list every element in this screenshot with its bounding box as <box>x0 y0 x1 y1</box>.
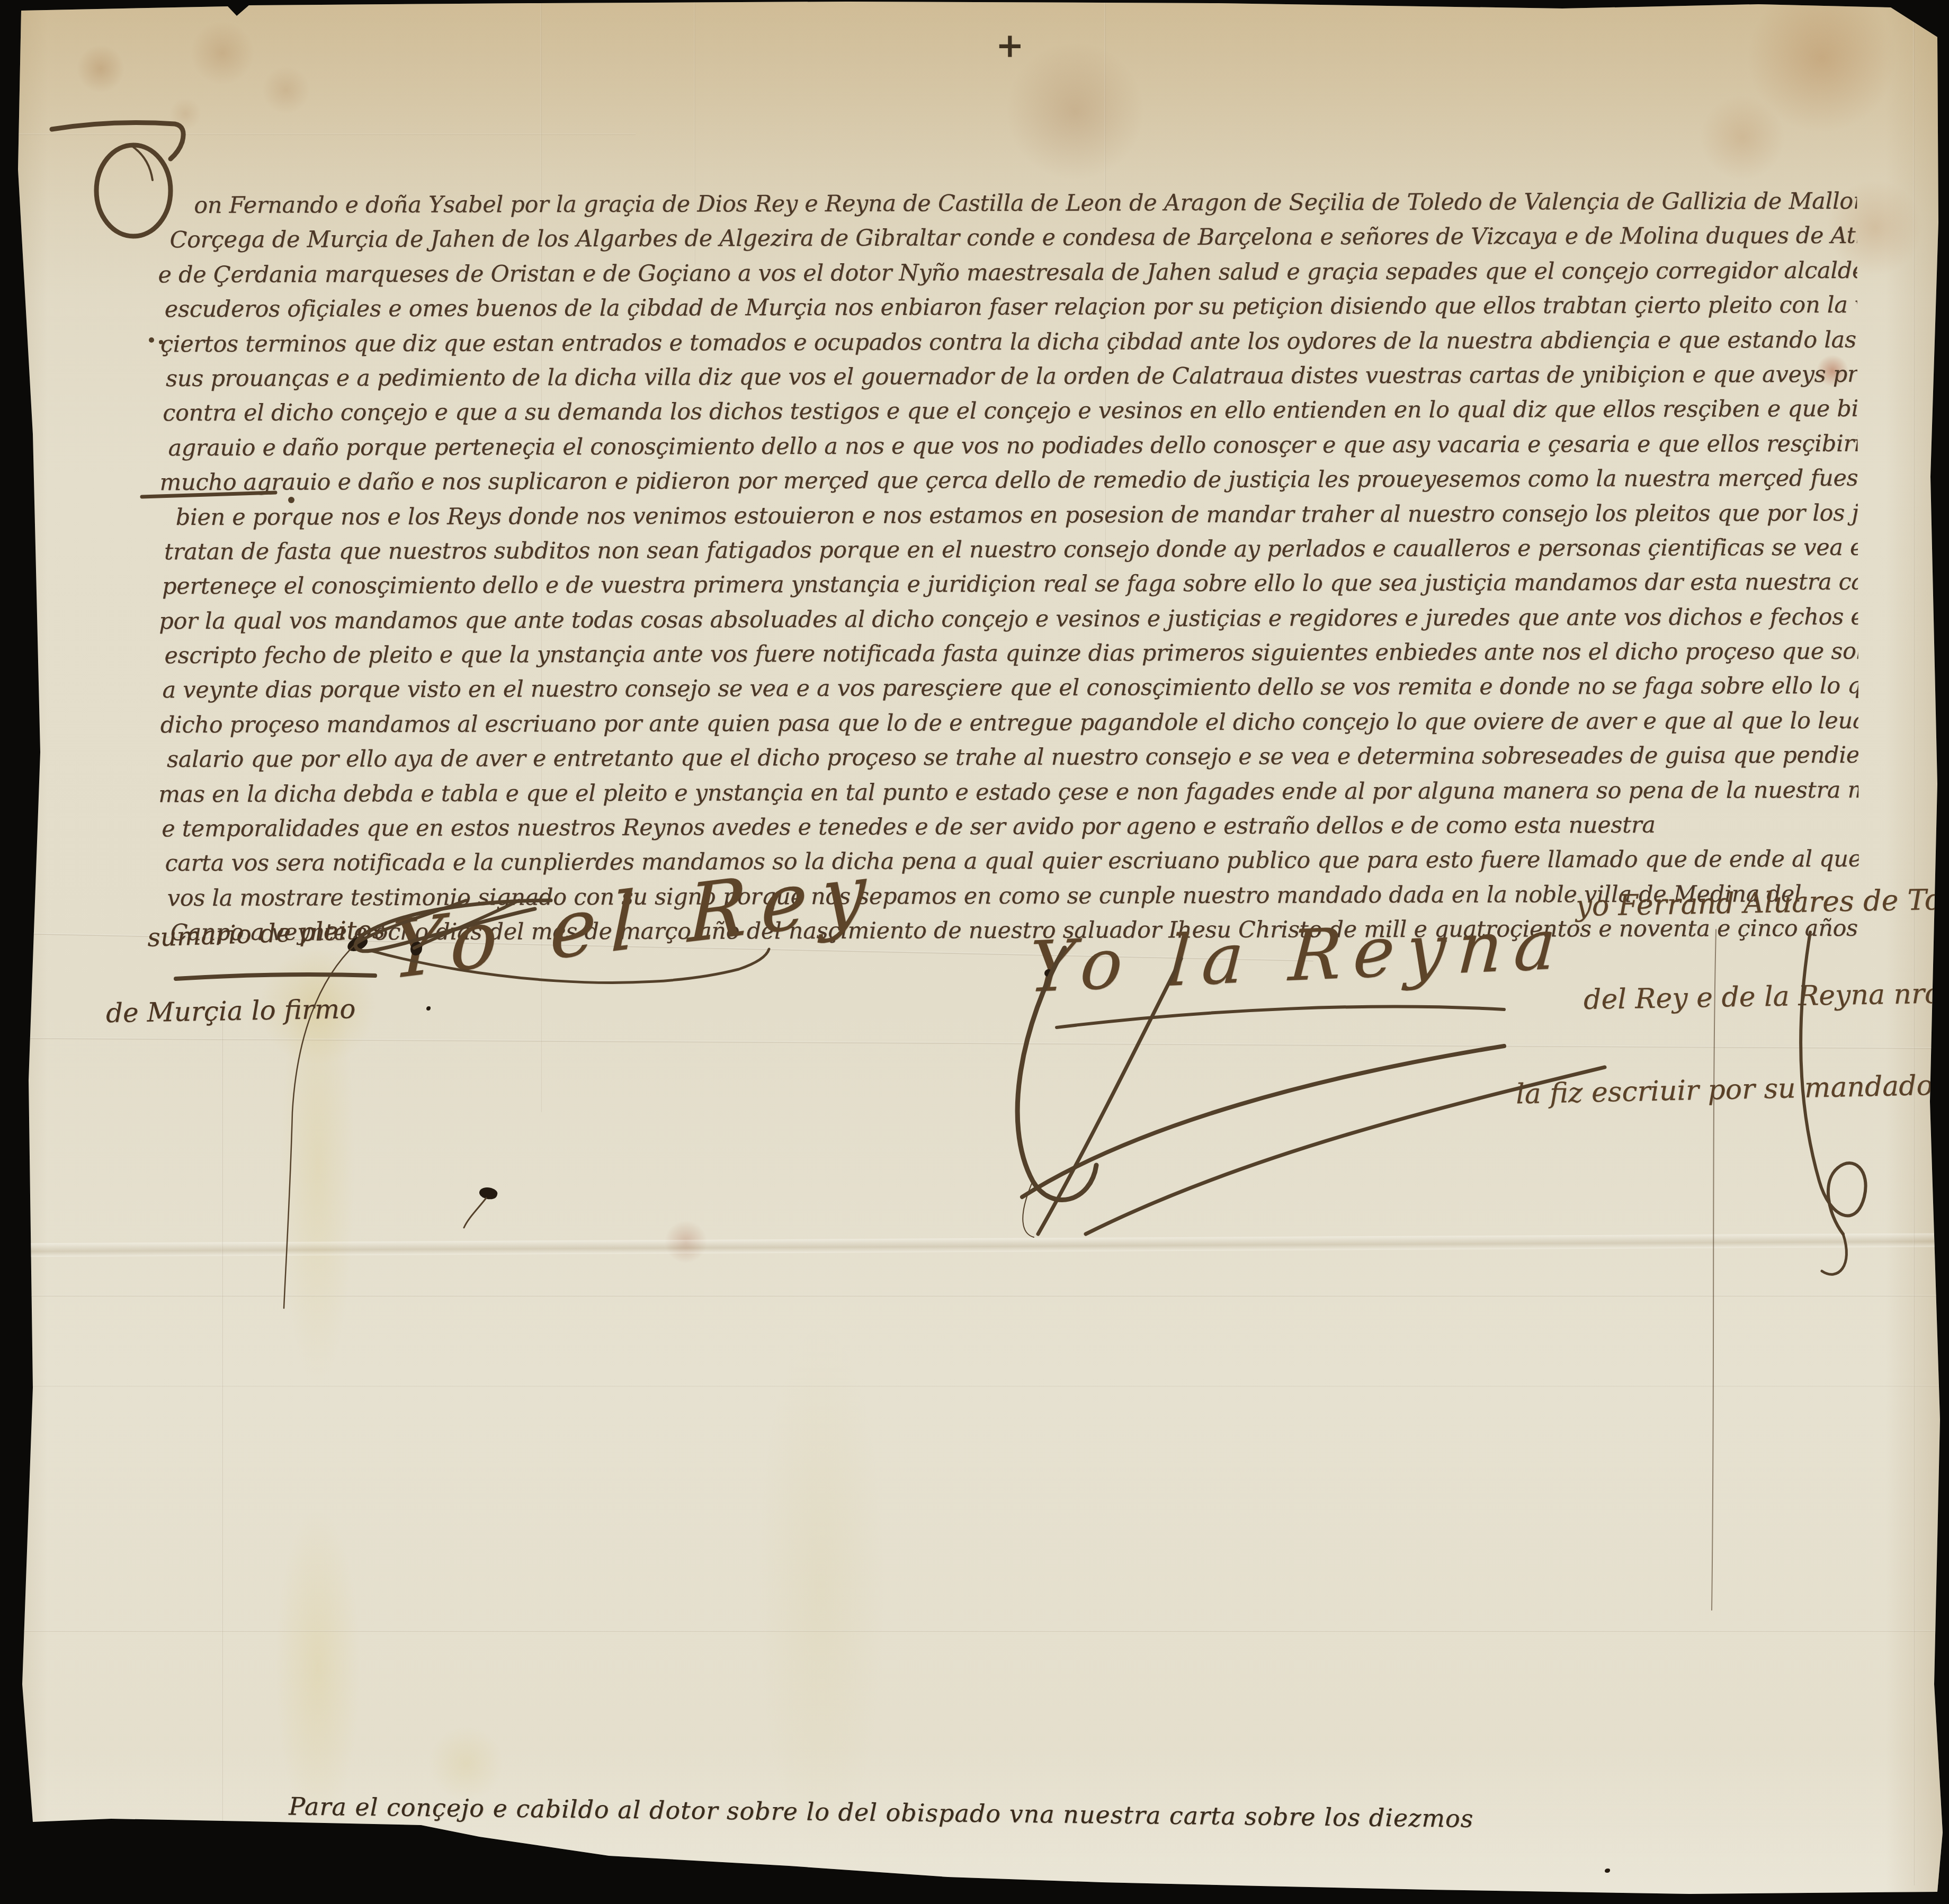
body-line: çiertos terminos que diz que estan entra… <box>160 323 1857 362</box>
ink-blot <box>478 1185 499 1201</box>
fold-crease-horizontal-5 <box>0 1630 1949 1632</box>
docket-summary-line: Para el conçejo e cabildo al dotor sobre… <box>289 1792 1474 1833</box>
body-line: mas en la dicha debda e tabla e que el p… <box>158 773 1858 812</box>
body-line: carta vos sera notificada e la cunplierd… <box>165 842 1858 881</box>
ink-speck <box>1605 1869 1610 1873</box>
chancery-note-2: de Murçia lo firmo <box>106 994 356 1029</box>
secretary-line-2: del Rey e de la Reyna nros <box>1584 978 1949 1016</box>
fold-crease-vertical-1 <box>221 1006 223 1822</box>
body-line: e de Çerdania marqueses de Oristan e de … <box>158 254 1857 293</box>
body-line: Corçega de Murçia de Jahen de los Algarb… <box>169 219 1857 258</box>
ink-speck <box>426 1006 431 1011</box>
queen-rubric-sweep <box>1022 1046 1504 1197</box>
body-line: on Fernando e doña Ysabel por la graçia … <box>194 184 1857 224</box>
body-line: agrauio e daño porque perteneçia el cono… <box>168 427 1857 466</box>
body-line: bien e porque nos e los Reys donde nos v… <box>176 496 1858 535</box>
fold-crease-horizontal-2 <box>0 1037 1949 1049</box>
secretary-line-1: yo Ferrand Aluares de Toledo <box>1576 882 1949 923</box>
body-line: a veynte dias porque visto en el nuestro… <box>163 669 1858 708</box>
body-line: e temporalidades que en estos nuestros R… <box>162 808 1858 847</box>
margin-dot <box>149 337 154 343</box>
initial-letter-d-hook <box>52 123 183 159</box>
body-line: mucho agrauio e daño e nos suplicaron e … <box>159 461 1857 500</box>
body-line: tratan de fasta que nuestros subditos no… <box>164 531 1858 570</box>
invocation-cross: + <box>996 25 1024 65</box>
body-line: sus prouanças e a pedimiento de la dicha… <box>166 357 1857 397</box>
secretary-line-3: la fiz escriuir por su mandado <box>1515 1070 1933 1110</box>
body-line: escuderos ofiçiales e omes buenos de la … <box>165 288 1857 327</box>
photograph-of-manuscript: + on Fernando e doña Ysabel por la graçi… <box>0 0 1949 1904</box>
body-line: por la qual vos mandamos que ante todas … <box>159 600 1858 639</box>
queen-rubric-hairline <box>1023 1181 1034 1237</box>
secretary-paraph-hairline <box>1712 929 1716 1610</box>
fold-crease-horizontal-3 <box>0 1295 1949 1297</box>
queen-rubric-underline <box>1057 1006 1504 1027</box>
body-line: escripto fecho de pleito e que la ynstan… <box>164 634 1858 674</box>
fold-crease-band <box>0 1233 1949 1257</box>
fold-crease-horizontal-4 <box>0 1385 1949 1387</box>
ink-blot-tail <box>464 1198 486 1228</box>
letter-body-text: on Fernando e doña Ysabel por la graçia … <box>157 184 1859 957</box>
initial-letter-d-inner <box>133 147 153 180</box>
body-line: perteneçe el conosçimiento dello e de vu… <box>162 565 1858 604</box>
chancery-note-overline <box>176 975 375 979</box>
body-line: dicho proçeso mandamos al escriuano por … <box>160 704 1858 743</box>
body-line: contra el dicho conçejo e que a su deman… <box>163 392 1857 431</box>
fold-crease-vertical-right-edge <box>1913 11 1915 1885</box>
manuscript-page: + on Fernando e doña Ysabel por la graçi… <box>0 0 1949 1904</box>
body-line: salario que por ello aya de aver e entre… <box>167 738 1858 777</box>
